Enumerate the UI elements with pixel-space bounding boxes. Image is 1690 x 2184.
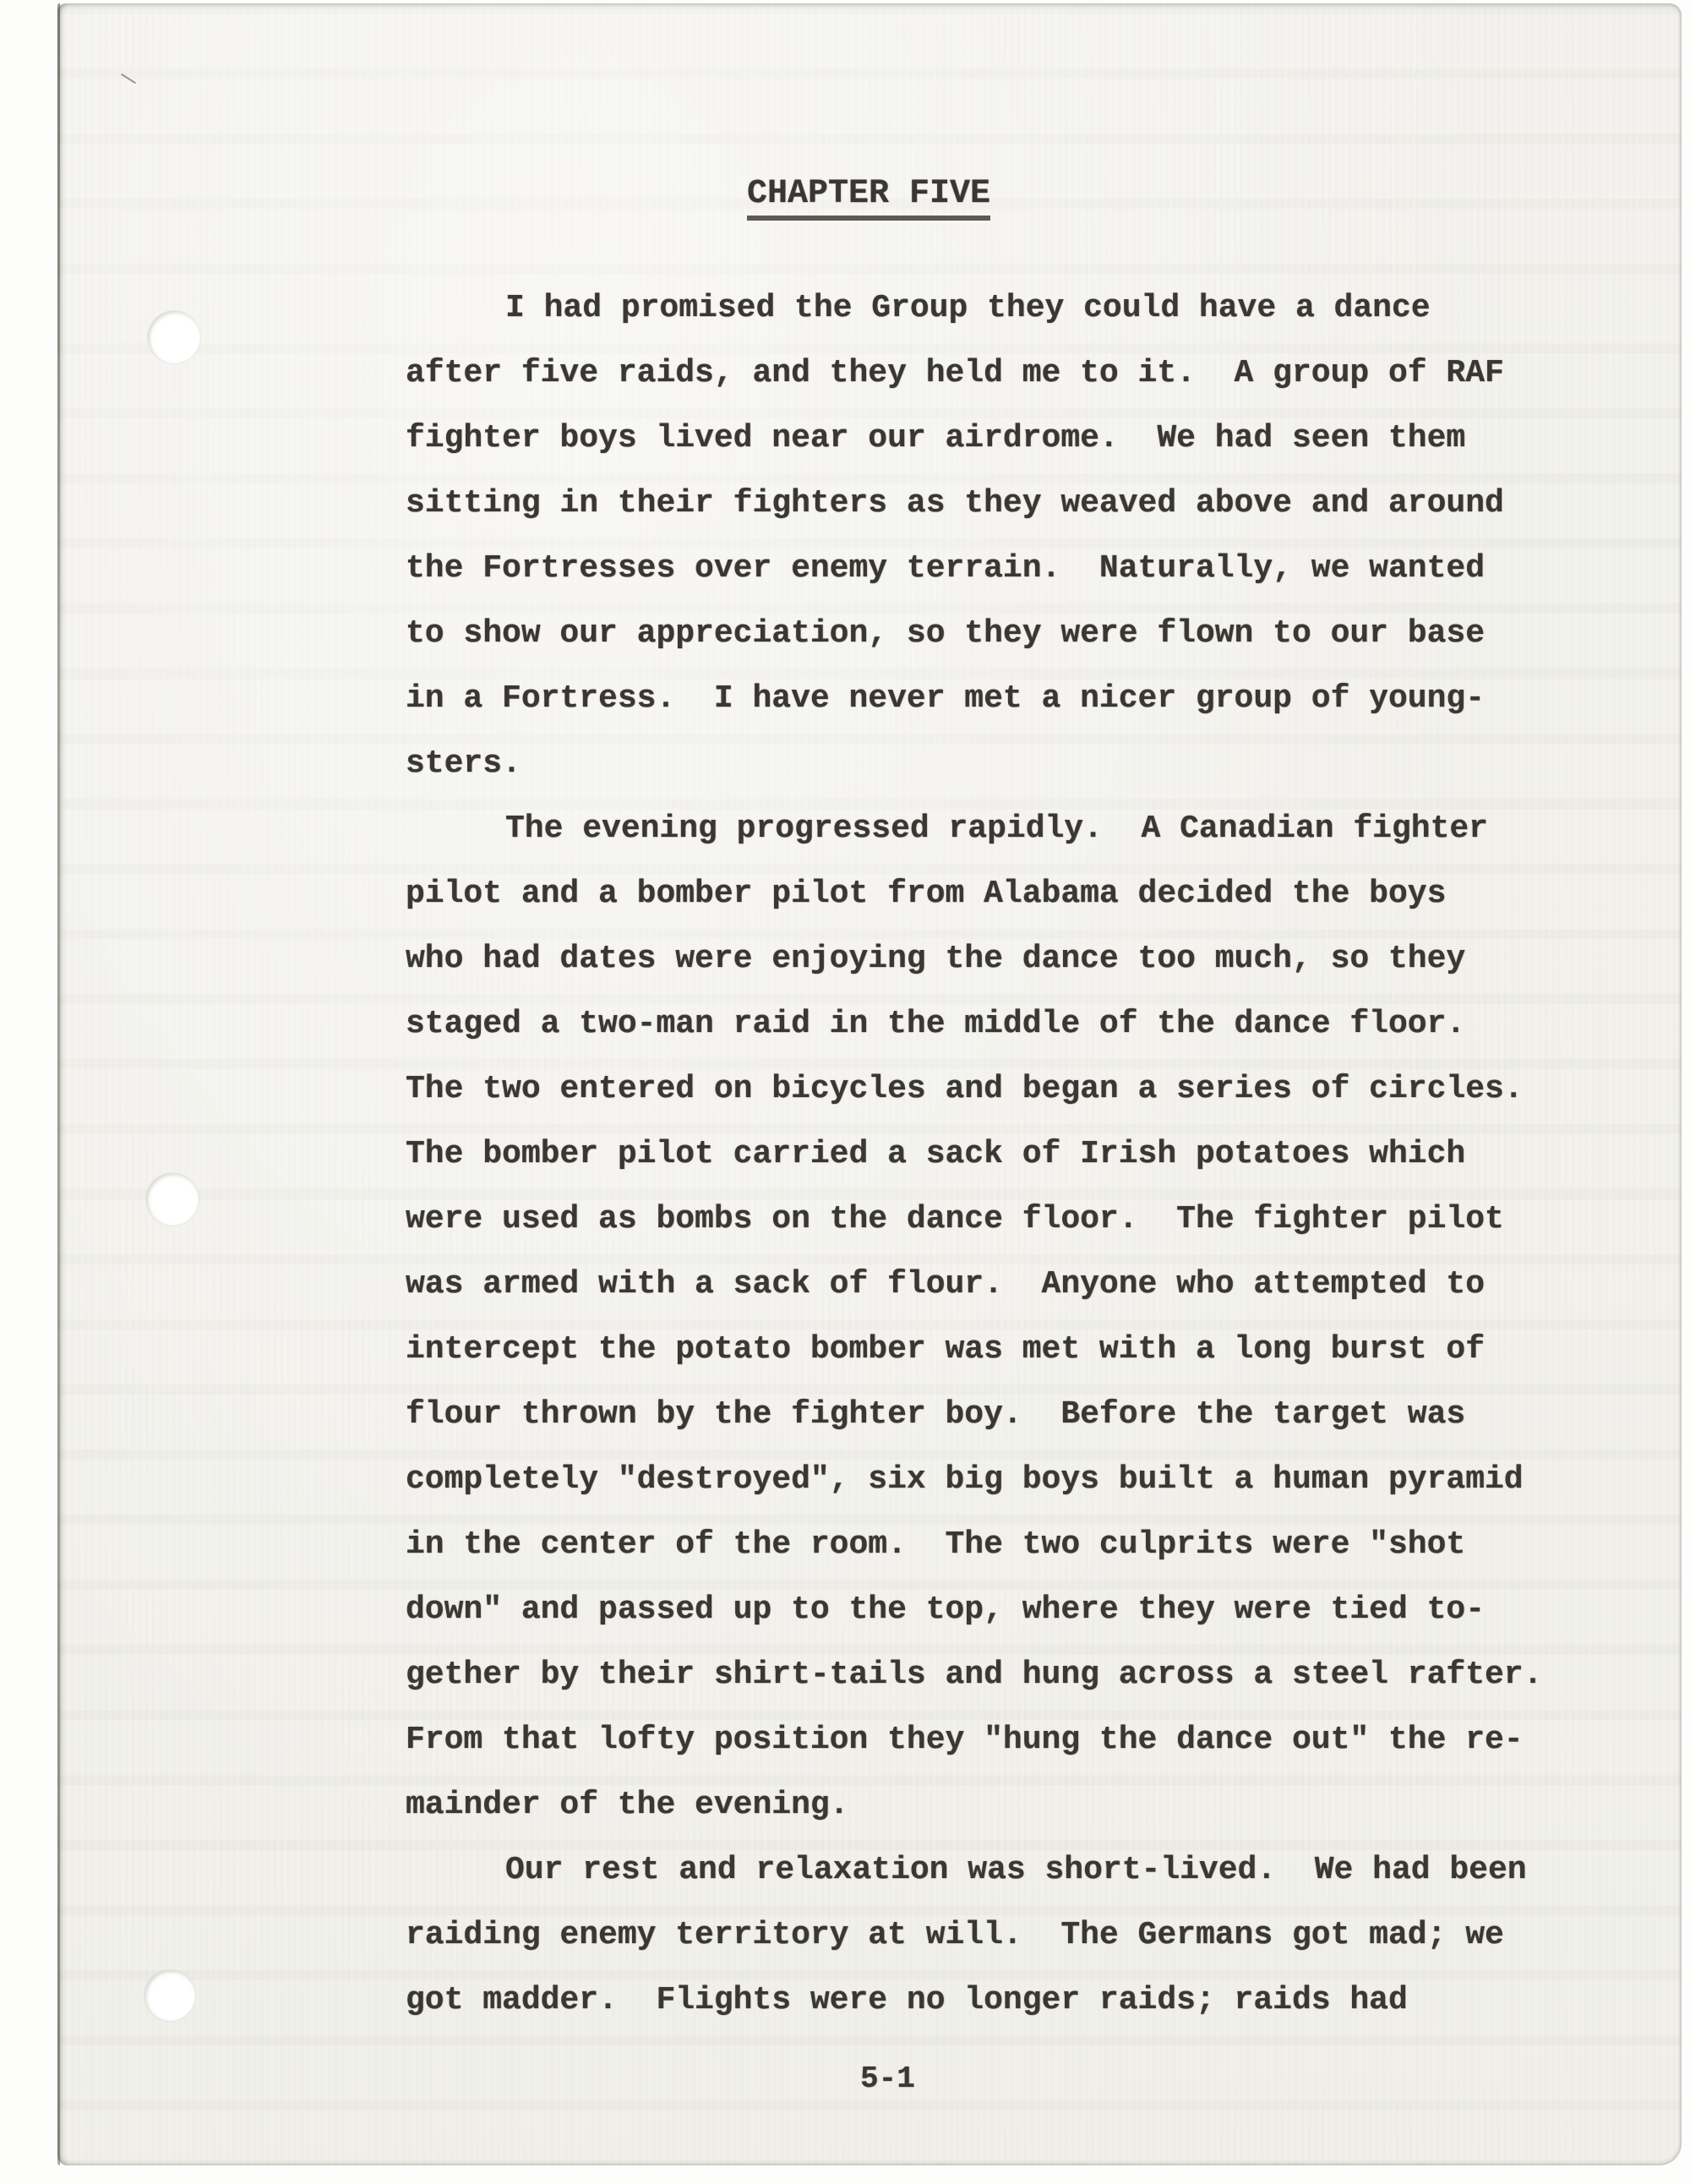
typed-line: mainder of the evening.	[406, 1772, 1639, 1837]
typed-line: Our rest and relaxation was short-lived.…	[406, 1837, 1639, 1903]
typed-line: after five raids, and they held me to it…	[406, 341, 1639, 406]
scratch-mark	[121, 74, 136, 84]
chapter-heading: CHAPTER FIVE	[747, 176, 990, 221]
typed-line: The bomber pilot carried a sack of Irish…	[406, 1122, 1639, 1187]
page-number: 5-1	[860, 2061, 915, 2098]
typed-line: pilot and a bomber pilot from Alabama de…	[406, 861, 1639, 926]
punch-hole-middle	[146, 1173, 199, 1226]
typed-line: From that lofty position they "hung the …	[406, 1707, 1639, 1772]
typed-line: were used as bombs on the dance floor. T…	[406, 1187, 1639, 1252]
scanned-document: CHAPTER FIVE I had promised the Group th…	[0, 0, 1690, 2184]
manuscript-page: CHAPTER FIVE I had promised the Group th…	[57, 3, 1682, 2165]
typed-line: intercept the potato bomber was met with…	[406, 1317, 1639, 1382]
typed-line: I had promised the Group they could have…	[406, 276, 1639, 341]
typed-line: who had dates were enjoying the dance to…	[406, 926, 1639, 991]
typed-line: sters.	[406, 731, 1639, 796]
typed-line: was armed with a sack of flour. Anyone w…	[406, 1252, 1639, 1317]
body-text: I had promised the Group they could have…	[406, 276, 1639, 2033]
typed-line: in a Fortress. I have never met a nicer …	[406, 666, 1639, 731]
typed-line: the Fortresses over enemy terrain. Natur…	[406, 536, 1639, 601]
typed-line: The evening progressed rapidly. A Canadi…	[406, 796, 1639, 861]
punch-hole-top	[148, 311, 200, 363]
typed-line: raiding enemy territory at will. The Ger…	[406, 1903, 1639, 1968]
typed-line: sitting in their fighters as they weaved…	[406, 471, 1639, 536]
typed-line: in the center of the room. The two culpr…	[406, 1512, 1639, 1577]
typed-line: completely "destroyed", six big boys bui…	[406, 1447, 1639, 1512]
typed-line: fighter boys lived near our airdrome. We…	[406, 406, 1639, 471]
typed-line: down" and passed up to the top, where th…	[406, 1577, 1639, 1642]
typed-line: The two entered on bicycles and began a …	[406, 1057, 1639, 1122]
punch-hole-bottom	[144, 1970, 195, 2021]
typed-line: got madder. Flights were no longer raids…	[406, 1968, 1639, 2033]
typed-line: flour thrown by the fighter boy. Before …	[406, 1382, 1639, 1447]
typed-line: staged a two-man raid in the middle of t…	[406, 991, 1639, 1057]
typed-line: gether by their shirt-tails and hung acr…	[406, 1642, 1639, 1707]
typed-line: to show our appreciation, so they were f…	[406, 601, 1639, 666]
